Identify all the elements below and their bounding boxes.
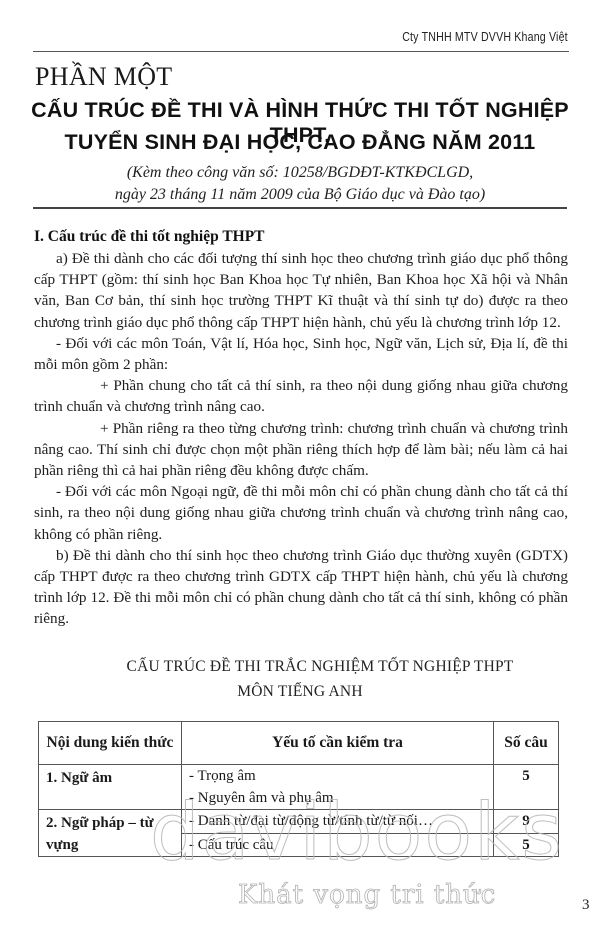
topic-cell: 1. Ngữ âm bbox=[39, 765, 182, 810]
element-item: - Trọng âm bbox=[189, 765, 486, 787]
count-cell: 5 bbox=[494, 765, 559, 810]
paragraph-separate-part: + Phần riêng ra theo từng chương trình: … bbox=[34, 418, 568, 482]
body-text: a) Đề thi dành cho các đối tượng thí sin… bbox=[34, 248, 568, 630]
count-cell: 9 bbox=[494, 810, 559, 834]
subtitle-line-2: ngày 23 tháng 11 năm 2009 của Bộ Giáo dụ… bbox=[0, 186, 600, 204]
header-topic: Nội dung kiến thức bbox=[39, 722, 182, 765]
header-count: Số câu bbox=[494, 722, 559, 765]
paragraph-foreign-language: - Đối với các môn Ngoại ngữ, đề thi mỗi … bbox=[34, 481, 568, 545]
section-heading: I. Cấu trúc đề thi tốt nghiệp THPT bbox=[34, 228, 265, 246]
subtitle-line-1: (Kèm theo công văn số: 10258/BGDĐT-KTKĐC… bbox=[0, 164, 600, 182]
header-rule bbox=[33, 51, 569, 52]
table-row: 1. Ngữ âm - Trọng âm - Nguyên âm và phụ … bbox=[39, 765, 559, 810]
exam-structure-table: Nội dung kiến thức Yếu tố cần kiểm tra S… bbox=[38, 721, 559, 857]
watermark-tagline: Khát vọng tri thức bbox=[238, 880, 496, 910]
paragraph-subjects: - Đối với các môn Toán, Vật lí, Hóa học,… bbox=[34, 333, 568, 375]
elements-cell: - Trọng âm - Nguyên âm và phụ âm bbox=[182, 765, 494, 810]
running-header: Cty TNHH MTV DVVH Khang Việt bbox=[402, 30, 568, 44]
table-title: CẤU TRÚC ĐỀ THI TRẮC NGHIỆM TỐT NGHIỆP T… bbox=[0, 658, 600, 676]
part-label: PHẦN MỘT bbox=[35, 62, 172, 92]
title-divider bbox=[33, 207, 567, 209]
table-header-row: Nội dung kiến thức Yếu tố cần kiểm tra S… bbox=[39, 722, 559, 765]
paragraph-common-part: + Phần chung cho tất cả thí sinh, ra the… bbox=[34, 375, 568, 417]
count-cell: 5 bbox=[494, 833, 559, 857]
document-title-line-2: TUYỂN SINH ĐẠI HỌC, CAO ĐẲNG NĂM 2011 bbox=[0, 130, 600, 155]
element-item: - Danh từ/đại từ/động từ/tính từ/từ nối… bbox=[182, 810, 494, 834]
paragraph-b: b) Đề thi dành cho thí sinh học theo chư… bbox=[34, 545, 568, 630]
element-item: - Nguyên âm và phụ âm bbox=[189, 787, 486, 809]
table-row: 2. Ngữ pháp – từ vựng - Danh từ/đại từ/đ… bbox=[39, 810, 559, 834]
paragraph-a: a) Đề thi dành cho các đối tượng thí sin… bbox=[34, 248, 568, 333]
table-subtitle: MÔN TIẾNG ANH bbox=[0, 683, 600, 701]
topic-cell: 2. Ngữ pháp – từ vựng bbox=[39, 810, 182, 857]
element-item: - Cấu trúc câu bbox=[182, 833, 494, 857]
header-elements: Yếu tố cần kiểm tra bbox=[182, 722, 494, 765]
page-number: 3 bbox=[582, 897, 590, 914]
